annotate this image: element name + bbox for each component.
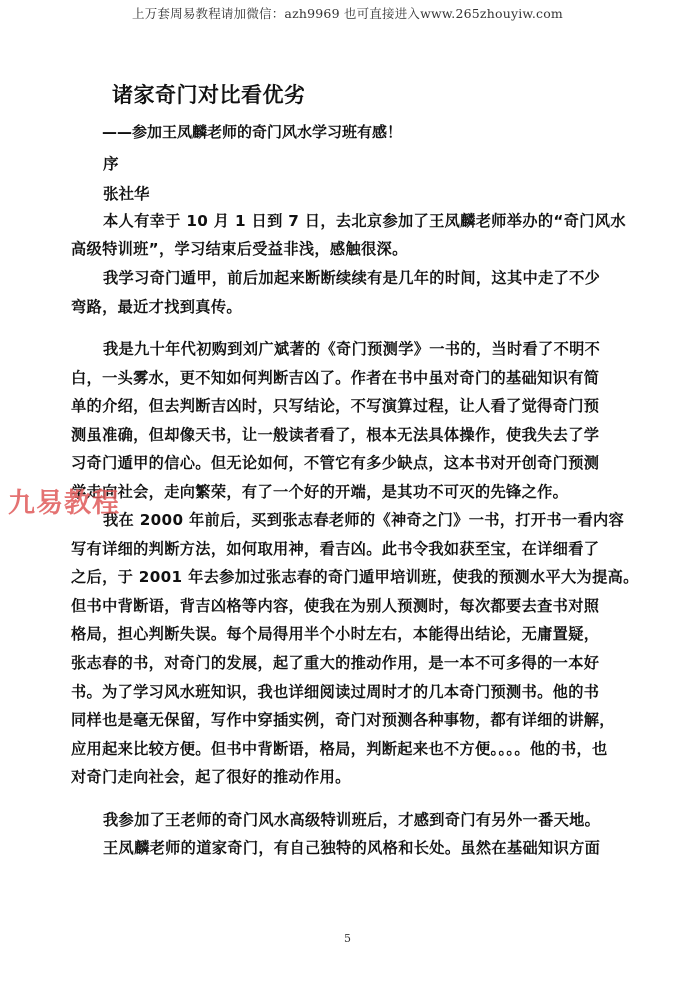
paragraph-line: 我参加了王老师的奇门风水高级特训班后，才感到奇门有另外一番天地。 — [103, 809, 600, 830]
paragraph-line: 但书中背断语，背吉凶格等内容，使我在为别人预测时，每次都要去查书对照 — [71, 595, 599, 616]
page-header-banner: 上万套周易教程请加微信：azh9969 也可直接进入www.265zhouyiw… — [0, 4, 695, 22]
paragraph-line: 格局，担心判断失误。每个局得用半个小时左右，本能得出结论，无庸置疑， — [71, 623, 599, 644]
section-label: 序 — [103, 152, 119, 174]
paragraph-line: 之后，于 2001 年去参加过张志春的奇门遁甲培训班，使我的预测水平大为提高。 — [71, 566, 639, 587]
paragraph-line: 对奇门走向社会，起了很好的推动作用。 — [71, 766, 351, 787]
document-title: 诸家奇门对比看优劣 — [112, 79, 306, 109]
paragraph-line: 弯路，最近才找到真传。 — [71, 296, 242, 317]
paragraph-line: 我学习奇门遁甲，前后加起来断断续续有是几年的时间，这其中走了不少 — [103, 267, 600, 288]
paragraph-line: 本人有幸于 10 月 1 日到 7 日，去北京参加了王凤麟老师举办的“奇门风水 — [103, 210, 626, 231]
paragraph-line: 测虽准确，但却像天书，让一般读者看了，根本无法具体操作，使我失去了学 — [71, 424, 599, 445]
paragraph-line: 单的介绍，但去判断吉凶时，只写结论，不写演算过程，让人看了觉得奇门预 — [71, 395, 599, 416]
paragraph-line: 高级特训班”，学习结束后受益非浅，感触很深。 — [71, 238, 408, 259]
watermark-logo: 九易教程 — [8, 481, 120, 520]
paragraph-line: 我在 2000 年前后，买到张志春老师的《神奇之门》一书，打开书一看内容 — [103, 509, 624, 530]
paragraph-line: 学走向社会，走向繁荣，有了一个好的开端，是其功不可灭的先锋之作。 — [71, 481, 568, 502]
page-number: 5 — [0, 932, 695, 945]
paragraph-line: 习奇门遁甲的信心。但无论如何，不管它有多少缺点，这本书对开创奇门预测 — [71, 452, 599, 473]
author-name: 张社华 — [103, 182, 150, 204]
paragraph-line: 书。为了学习风水班知识，我也详细阅读过周时才的几本奇门预测书。他的书 — [71, 681, 599, 702]
paragraph-line: 写有详细的判断方法，如何取用神，看吉凶。此书令我如获至宝，在详细看了 — [71, 538, 599, 559]
paragraph-line: 应用起来比较方便。但书中背断语，格局，判断起来也不方便。。。。他的书，也 — [71, 738, 608, 759]
document-subtitle: ——参加王凤麟老师的奇门风水学习班有感！ — [102, 121, 402, 142]
paragraph-line: 同样也是毫无保留，写作中穿插实例，奇门对预测各种事物，都有详细的讲解， — [71, 709, 615, 730]
paragraph-line: 张志春的书，对奇门的发展，起了重大的推动作用，是一本不可多得的一本好 — [71, 652, 599, 673]
paragraph-line: 白，一头雾水，更不知如何判断吉凶了。作者在书中虽对奇门的基础知识有简 — [71, 367, 599, 388]
paragraph-line: 我是九十年代初购到刘广斌著的《奇门预测学》一书的，当时看了不明不 — [103, 338, 600, 359]
paragraph-line: 王凤麟老师的道家奇门，有自己独特的风格和长处。虽然在基础知识方面 — [103, 837, 600, 858]
